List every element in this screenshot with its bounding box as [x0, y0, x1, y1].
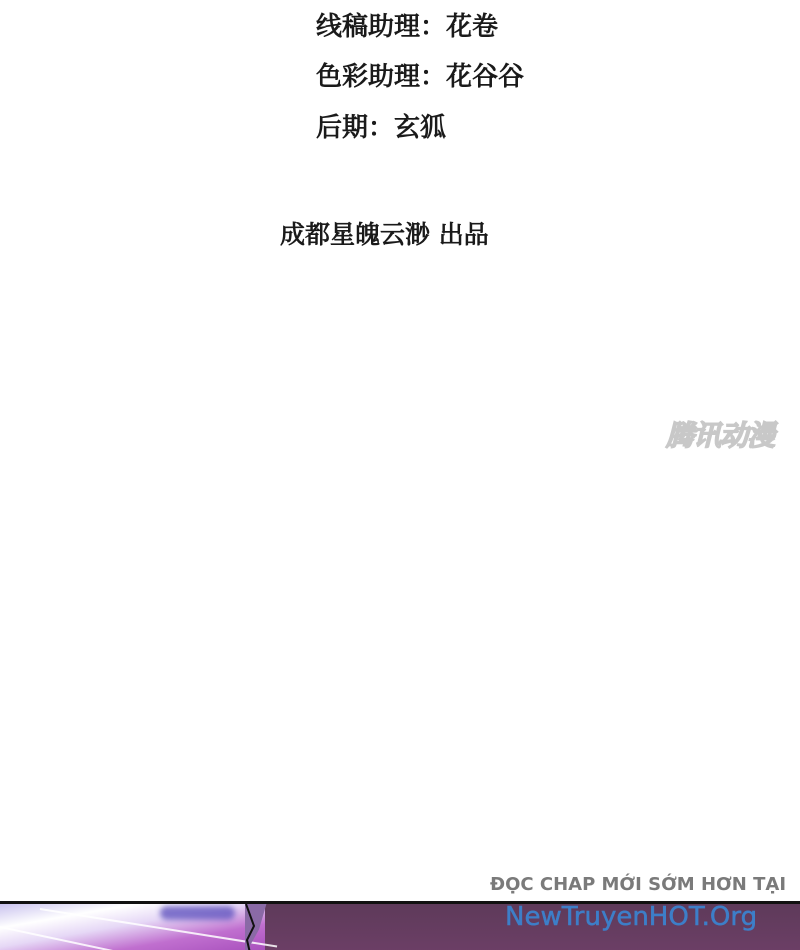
- tencent-comics-watermark: 腾讯动漫: [666, 422, 774, 450]
- credit-line-color-assistant: 色彩助理：花谷谷: [316, 64, 524, 90]
- panel-outline-stroke: [244, 904, 266, 950]
- credit-line-lineart-assistant: 线稿助理：花卷: [316, 14, 498, 40]
- promo-text: ĐỌC CHAP MỚI SỚM HƠN TẠI: [490, 876, 786, 894]
- light-streak: [0, 926, 118, 950]
- comic-page: 线稿助理：花卷 色彩助理：花谷谷 后期：玄狐 成都星魄云渺 出品 腾讯动漫 ĐỌ…: [0, 0, 800, 950]
- site-link[interactable]: NewTruyenHOT.Org: [505, 904, 757, 930]
- panel-art-light-area: [0, 904, 265, 950]
- publisher-credit: 成都星魄云渺 出品: [280, 222, 489, 247]
- credit-line-post-production: 后期：玄狐: [316, 115, 446, 141]
